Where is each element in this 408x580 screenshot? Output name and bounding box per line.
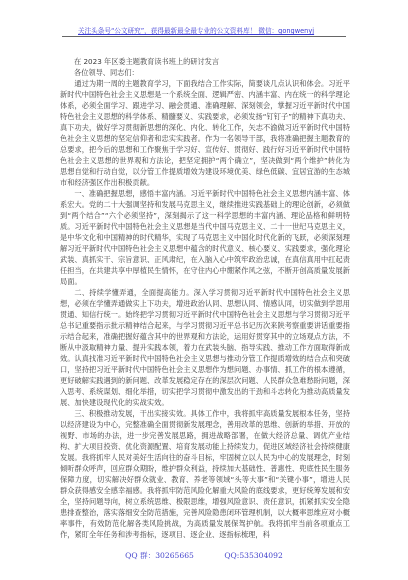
document-body: 在 2023 年区委主题教育读书班上的研讨发言 各位领导、同志们： 通过为期一周… [60,56,350,540]
header-divider [62,36,346,37]
paragraph-section-3: 三、积极推动发展，干出实接实效。具体工作中，我将抓牢高质量发展根本任务，坚持以经… [60,408,350,540]
document-title: 在 2023 年区委主题教育读书班上的研讨发言 [60,56,350,67]
salutation: 各位领导、同志们： [60,67,350,78]
paragraph-section-2: 二、持续学懂弄通，全面提高能力。深入学习贯彻习近平新时代中国特色社会主义思想，必… [60,287,350,408]
qq-group-number: QQ 群：30265665 [125,551,194,560]
paragraph-section-1: 一、准确把握思想，感悟丰富内涵。习近平新时代中国特色社会主义思想内涵丰富、体系宏… [60,188,350,287]
qq-number: QQ:535304092 [224,551,283,560]
document-page: 关注头条号“公文研究”，获得最新最全最专业的公文资料库！ 微信：gongweny… [0,0,408,580]
footer-contact: QQ 群：30265665 QQ:535304092 [0,550,408,561]
paragraph-intro: 通过为期一周的主题教育学习，下面我结合工作实际，简要谈几点认识和体会。习近平新时… [60,78,350,188]
